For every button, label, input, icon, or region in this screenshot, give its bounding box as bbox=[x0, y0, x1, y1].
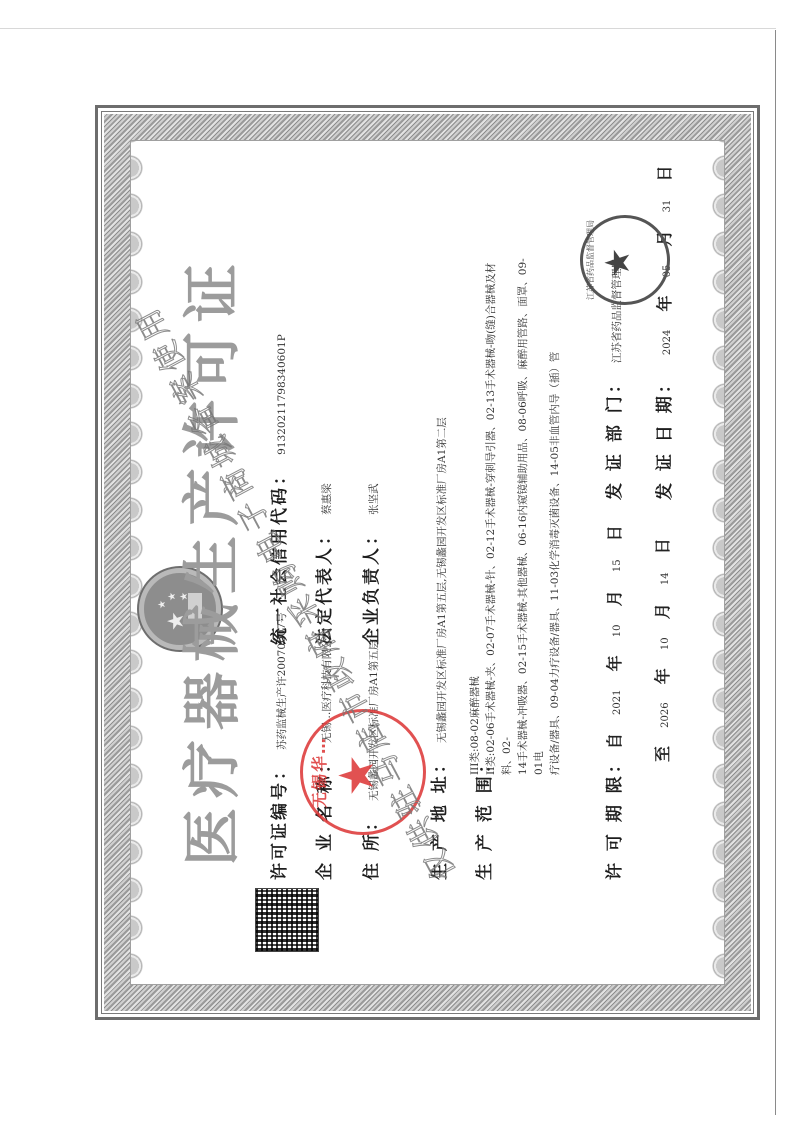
star-icon: ★ bbox=[601, 248, 635, 278]
day-unit: 日 bbox=[605, 525, 624, 541]
enterprise-head-field: 企业负责人： 张坚武 bbox=[357, 483, 382, 645]
scope-line: 14手术器械-冲吸器、02-15手术器械-其他器械、06-16内窥镜辅助用品、0… bbox=[515, 245, 547, 775]
year-unit: 年 bbox=[605, 655, 624, 671]
page-edge bbox=[0, 28, 776, 29]
day-unit: 日 bbox=[653, 538, 672, 554]
from-year: 2021 bbox=[612, 689, 623, 714]
validity-label: 许 可 期 限： bbox=[605, 753, 625, 880]
from-month: 10 bbox=[612, 624, 623, 637]
to-month: 10 bbox=[660, 637, 671, 650]
legal-rep-value: 蔡惠梁 bbox=[321, 483, 333, 515]
certificate: ★ ★ ★ ★ ★ 医疗器械生产许可证 统一社会信用代码： 9132021179… bbox=[95, 105, 760, 1020]
company-seal-text: 无锡华… bbox=[307, 712, 330, 832]
issue-year: 2024 bbox=[662, 330, 673, 355]
to-word: 至 bbox=[653, 746, 672, 762]
year-unit: 年 bbox=[655, 295, 674, 311]
production-address-value: 无锡蠡园开发区标准厂房A1第五层,无锡蠡园开发区标准厂房A1第二层 bbox=[436, 417, 448, 743]
validity-to-field: 至 2026 年 10 月 14 日 bbox=[650, 538, 673, 762]
to-day: 14 bbox=[660, 572, 671, 585]
issuing-authority-label: 发 证 部 门： bbox=[605, 373, 625, 500]
license-no-label: 许可证编号： bbox=[270, 760, 290, 880]
authority-seal-text: 江苏省药品监督管理局 bbox=[585, 218, 596, 302]
credit-code-value: 91320211798340601P bbox=[276, 334, 288, 455]
certificate-title: 医疗器械生产许可证 bbox=[165, 220, 249, 900]
enterprise-head-value: 张坚武 bbox=[368, 483, 380, 515]
page-edge bbox=[775, 30, 776, 1115]
month-unit: 月 bbox=[605, 590, 624, 606]
qr-code-icon bbox=[255, 888, 319, 952]
to-year: 2026 bbox=[660, 702, 671, 727]
license-no-field: 许可证编号： 苏药监械生产许20070007号 bbox=[265, 612, 290, 880]
from-day: 15 bbox=[612, 559, 623, 572]
scope-line: III类:08-02麻醉器械 bbox=[467, 245, 483, 775]
from-word: 自 bbox=[605, 733, 624, 749]
scope-line: 疗设备/器具、09-04力疗设备/器具、11-03化学消毒灭菌设备、14-05非… bbox=[547, 245, 563, 775]
validity-from-field: 许 可 期 限： 自 2021 年 10 月 15 日 bbox=[600, 525, 625, 880]
license-no-value: 苏药监械生产许20070007号 bbox=[276, 612, 288, 749]
issue-date-field: 发 证 日 期： 2024 年 05 月 31 日 bbox=[650, 165, 675, 500]
scope-line: II类:02-06手术器械-夹、02-07手术器械-针、02-12手术器械-穿刺… bbox=[483, 245, 515, 775]
year-unit: 年 bbox=[653, 668, 672, 684]
day-unit: 日 bbox=[655, 165, 674, 181]
authority-seal: 江苏省药品监督管理局 ★ bbox=[580, 215, 670, 305]
production-scope-text: III类:08-02麻醉器械 II类:02-06手术器械-夹、02-07手术器械… bbox=[467, 245, 563, 775]
issue-date-label: 发 证 日 期： bbox=[655, 373, 675, 500]
enterprise-head-label: 企业负责人： bbox=[362, 525, 382, 645]
month-unit: 月 bbox=[653, 603, 672, 619]
issue-day: 31 bbox=[662, 200, 673, 213]
certificate-holder: ★ ★ ★ ★ ★ 医疗器械生产许可证 统一社会信用代码： 9132021179… bbox=[95, 105, 760, 1020]
